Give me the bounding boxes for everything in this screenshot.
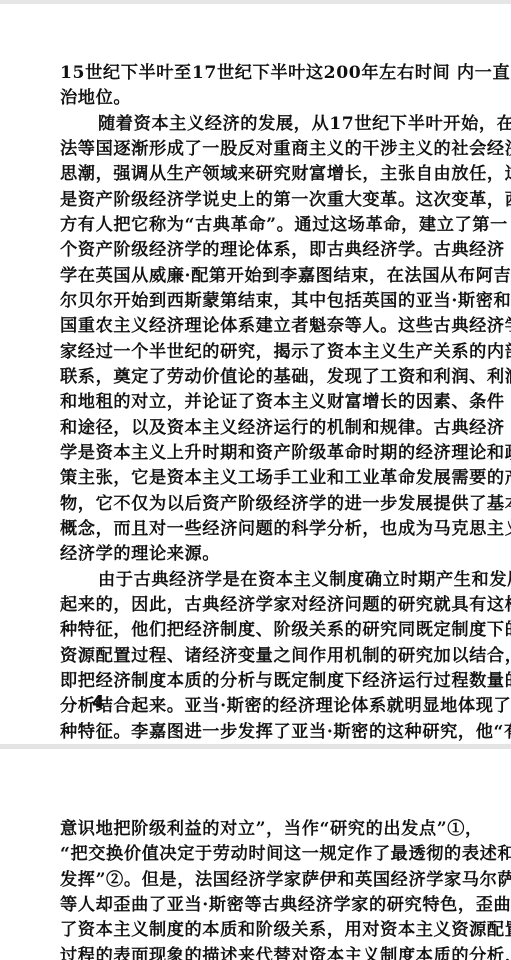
text-line: 是资产阶级经济学说史上的第一次重大变革。这次变革，西 xyxy=(60,189,444,211)
text-line: 方有人把它称为“古典革命”。通过这场革命，建立了第一 xyxy=(60,214,444,236)
text-line: 家经过一个半世纪的研究，揭示了资本主义生产关系的内部 xyxy=(60,341,444,363)
text-line: 和地租的对立，并论证了资本主义财富增长的因素、条件 xyxy=(60,391,444,413)
text-line: 意识地把阶级利益的对立”，当作“研究的出发点”①， xyxy=(60,818,444,840)
text-line: 尔贝尔开始到西斯蒙第结束，其中包括英国的亚当·斯密和法 xyxy=(60,290,444,312)
text-line: 了资本主义制度的本质和阶级关系，用对资本主义资源配置 xyxy=(60,919,444,941)
text-line: 种特征。李嘉图进一步发挥了亚当·斯密的这种研究，他“有 xyxy=(60,721,444,743)
text-line: 法等国逐渐形成了一股反对重商主义的干涉主义的社会经济 xyxy=(60,138,444,160)
text-line: 发挥”②。但是，法国经济学家萨伊和英国经济学家马尔萨斯 xyxy=(60,869,444,891)
text-line: 思潮，强调从生产领域来研究财富增长，主张自由放任，这就 xyxy=(60,163,444,185)
paragraph-start: 随着资本主义经济的发展，从17世纪下半叶开始，在英、 xyxy=(60,113,444,135)
text-line: 种特征，他们把经济制度、阶级关系的研究同既定制度下的 xyxy=(60,619,444,641)
page-number: 4 xyxy=(92,692,105,713)
text-line: 个资产阶级经济学的理论体系，即古典经济学。古典经济 xyxy=(60,239,444,261)
document-page-5: 意识地把阶级利益的对立”，当作“研究的出发点”①， “把交换价值决定于劳动时间这… xyxy=(0,749,511,960)
text-line: 经济学的理论来源。 xyxy=(60,543,444,565)
text-line: 等人却歪曲了亚当·斯密等古典经济学家的研究特色，歪曲 xyxy=(60,894,444,916)
text-line: 学是资本主义上升时期和资产阶级革命时期的经济理论和政 xyxy=(60,442,444,464)
text-line: 过程的表面现象的描述来代替对资本主义制度本质的分析， xyxy=(60,945,444,960)
text-line: 资源配置过程、诸经济变量之间作用机制的研究加以结合， xyxy=(60,645,444,667)
text-line: 策主张，它是资本主义工场手工业和工业革命发展需要的产 xyxy=(60,467,444,489)
text-line: 学在英国从威廉·配第开始到李嘉图结束，在法国从布阿吉 xyxy=(60,265,444,287)
text-line: 和途径，以及资本主义经济运行的机制和规律。古典经济 xyxy=(60,417,444,439)
text-line: 概念，而且对一些经济问题的科学分析，也成为马克思主义 xyxy=(60,518,444,540)
text-line: 15世纪下半叶至17世纪下半叶这200年左右时间 内一直占统 xyxy=(60,62,444,84)
text-line: 物，它不仅为以后资产阶级经济学的进一步发展提供了基本 xyxy=(60,493,444,515)
text-line: 联系，奠定了劳动价值论的基础，发现了工资和利润、利润 xyxy=(60,366,444,388)
text-line: 即把经济制度本质的分析与既定制度下经济运行过程数量的 xyxy=(60,670,444,692)
document-page-4: 15世纪下半叶至17世纪下半叶这200年左右时间 内一直占统 治地位。 随着资本… xyxy=(0,4,511,744)
paragraph-start: 由于古典经济学是在资本主义制度确立时期产生和发展 xyxy=(60,569,444,591)
text-line: “把交换价值决定于劳动时间这一规定作了最透彻的表述和 xyxy=(60,843,444,865)
text-line: 起来的，因此，古典经济学家对经济问题的研究就具有这样一 xyxy=(60,594,444,616)
text-line: 国重农主义经济理论体系建立者魁奈等人。这些古典经济学 xyxy=(60,315,444,337)
text-line: 分析结合起来。亚当·斯密的经济理论体系就明显地体现了这 xyxy=(60,695,444,717)
text-line: 治地位。 xyxy=(60,87,444,109)
